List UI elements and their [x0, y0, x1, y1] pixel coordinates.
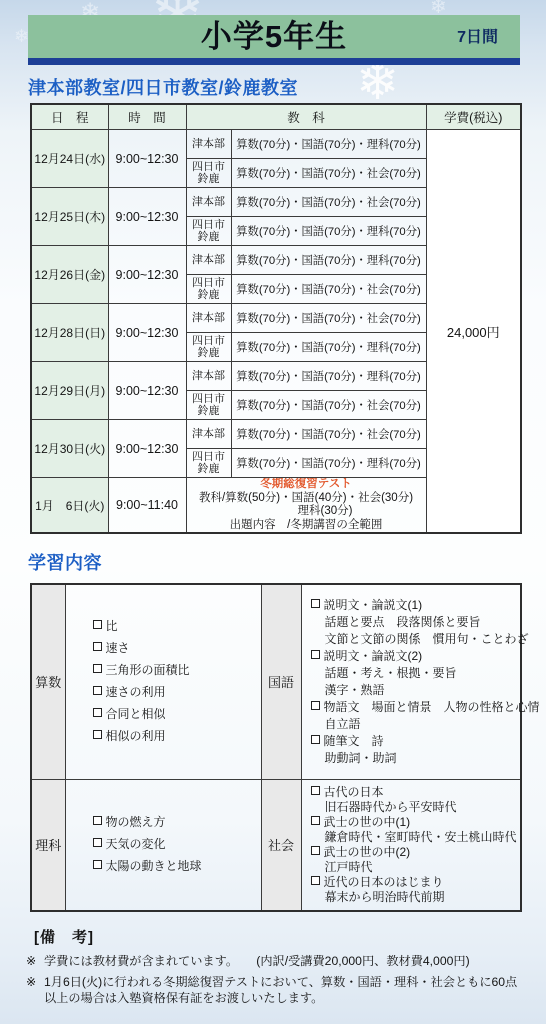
time-cell: 9:00~12:30: [108, 362, 186, 420]
test-line: 理科(30分): [189, 505, 424, 519]
checkbox-bullet-icon: [93, 664, 102, 673]
time-cell: 9:00~12:30: [108, 130, 186, 188]
learning-item: 江戸時代: [311, 860, 519, 875]
checkbox-bullet-icon: [311, 846, 320, 855]
time-cell: 9:00~12:30: [108, 420, 186, 478]
checkbox-bullet-icon: [311, 816, 320, 825]
learning-row: 理科物の燃え方天気の変化太陽の動きと地球社会古代の日本旧石器時代から平安時代武士…: [31, 779, 521, 911]
learning-item: 速さ: [93, 641, 259, 656]
notes-section: [備 考] ※学費には教材費が含まれています。 (内訳/受講費20,000円、教…: [26, 926, 524, 1007]
learning-item: 漢字・熟語: [311, 682, 519, 699]
subject-content-cell: 比速さ三角形の面積比速さの利用合同と相似相似の利用: [65, 584, 261, 779]
schedule-table: 日 程 時 間 教 科 学費(税込) 12月24日(水)9:00~12:30津本…: [30, 103, 522, 534]
learning-item: 天気の変化: [93, 837, 259, 852]
learning-item: 武士の世の中(1): [311, 815, 519, 830]
time-cell: 9:00~12:30: [108, 246, 186, 304]
learning-item: 随筆文 詩: [311, 733, 519, 750]
header-time: 時 間: [108, 104, 186, 130]
days-badge: 7日間: [457, 15, 498, 58]
learning-item: 三角形の面積比: [93, 663, 259, 678]
classroom-cell: 津本部: [186, 188, 231, 217]
fee-cell: 24,000円: [426, 130, 521, 534]
subjects-cell: 算数(70分)・国語(70分)・社会(70分): [231, 391, 426, 420]
checkbox-bullet-icon: [93, 838, 102, 847]
notes-title: [備 考]: [34, 926, 524, 947]
date-cell: 1月 6日(火): [31, 478, 108, 534]
header-date: 日 程: [31, 104, 108, 130]
subjects-cell: 算数(70分)・国語(70分)・社会(70分): [231, 304, 426, 333]
grade-header-banner: 小学5年生 7日間: [28, 15, 520, 58]
date-cell: 12月30日(火): [31, 420, 108, 478]
learning-item: 話題・考え・根拠・要旨: [311, 665, 519, 682]
header-underline-bar: [28, 58, 520, 65]
checkbox-bullet-icon: [93, 642, 102, 651]
subject-content-cell: 古代の日本旧石器時代から平安時代武士の世の中(1)鎌倉時代・室町時代・安土桃山時…: [301, 779, 521, 911]
checkbox-bullet-icon: [93, 686, 102, 695]
classroom-cell: 津本部: [186, 420, 231, 449]
classroom-cell: 四日市鈴鹿: [186, 159, 231, 188]
checkbox-bullet-icon: [311, 650, 320, 659]
test-details-cell: 冬期総復習テスト教科/算数(50分)・国語(40分)・社会(30分)理科(30分…: [186, 478, 426, 534]
classroom-cell: 四日市鈴鹿: [186, 275, 231, 304]
date-cell: 12月24日(水): [31, 130, 108, 188]
checkbox-bullet-icon: [311, 735, 320, 744]
learning-item: 物語文 場面と情景 人物の性格と心情: [311, 699, 519, 716]
learning-item: 古代の日本: [311, 785, 519, 800]
checkbox-bullet-icon: [93, 860, 102, 869]
classroom-cell: 津本部: [186, 362, 231, 391]
learning-item: 合同と相似: [93, 707, 259, 722]
learning-item: 助動詞・助詞: [311, 750, 519, 767]
learning-row: 算数比速さ三角形の面積比速さの利用合同と相似相似の利用国語説明文・論説文(1)話…: [31, 584, 521, 779]
learning-item: 幕末から明治時代前期: [311, 890, 519, 905]
subject-content-cell: 説明文・論説文(1)話題と要点 段落関係と要旨文節と文節の関係 慣用句・ことわざ…: [301, 584, 521, 779]
learning-item: 太陽の動きと地球: [93, 859, 259, 874]
classroom-cell: 四日市鈴鹿: [186, 217, 231, 246]
learning-item: 物の燃え方: [93, 815, 259, 830]
date-cell: 12月28日(日): [31, 304, 108, 362]
checkbox-bullet-icon: [311, 701, 320, 710]
subjects-cell: 算数(70分)・国語(70分)・社会(70分): [231, 159, 426, 188]
checkbox-bullet-icon: [311, 876, 320, 885]
learning-item: 自立語: [311, 716, 519, 733]
classroom-cell: 四日市鈴鹿: [186, 333, 231, 362]
learning-item: 相似の利用: [93, 729, 259, 744]
learning-item: 説明文・論説文(1): [311, 597, 519, 614]
classrooms-section-title: 津本部教室/四日市教室/鈴鹿教室: [28, 74, 298, 100]
subjects-cell: 算数(70分)・国語(70分)・理科(70分): [231, 362, 426, 391]
note-marker: ※: [26, 974, 44, 1007]
subjects-cell: 算数(70分)・国語(70分)・理科(70分): [231, 130, 426, 159]
learning-item: 比: [93, 619, 259, 634]
classroom-cell: 津本部: [186, 246, 231, 275]
notes-list: ※学費には教材費が含まれています。 (内訳/受講費20,000円、教材費4,00…: [26, 953, 524, 1007]
learning-item: 文節と文節の関係 慣用句・ことわざ: [311, 631, 519, 648]
subject-label: 理科: [31, 779, 65, 911]
note-text: 1月6日(火)に行われる冬期総復習テストにおいて、算数・国語・理科・社会ともに6…: [44, 974, 524, 1007]
learning-item: 旧石器時代から平安時代: [311, 800, 519, 815]
note-line: ※1月6日(火)に行われる冬期総復習テストにおいて、算数・国語・理科・社会ともに…: [26, 974, 524, 1007]
note-marker: ※: [26, 953, 44, 970]
header-fee: 学費(税込): [426, 104, 521, 130]
learning-section-title: 学習内容: [28, 549, 102, 575]
subjects-cell: 算数(70分)・国語(70分)・理科(70分): [231, 217, 426, 246]
time-cell: 9:00~12:30: [108, 304, 186, 362]
learning-table: 算数比速さ三角形の面積比速さの利用合同と相似相似の利用国語説明文・論説文(1)話…: [30, 583, 522, 912]
grade-title: 小学5年生: [28, 15, 520, 59]
learning-item: 近代の日本のはじまり: [311, 875, 519, 890]
note-line: ※学費には教材費が含まれています。 (内訳/受講費20,000円、教材費4,00…: [26, 953, 524, 970]
subjects-cell: 算数(70分)・国語(70分)・社会(70分): [231, 420, 426, 449]
subjects-cell: 算数(70分)・国語(70分)・理科(70分): [231, 333, 426, 362]
checkbox-bullet-icon: [311, 599, 320, 608]
checkbox-bullet-icon: [93, 620, 102, 629]
subjects-cell: 算数(70分)・国語(70分)・社会(70分): [231, 188, 426, 217]
classroom-cell: 津本部: [186, 304, 231, 333]
subject-label: 社会: [261, 779, 301, 911]
classroom-cell: 津本部: [186, 130, 231, 159]
header-subject: 教 科: [186, 104, 426, 130]
date-cell: 12月29日(月): [31, 362, 108, 420]
schedule-table-body: 12月24日(水)9:00~12:30津本部算数(70分)・国語(70分)・理科…: [31, 130, 521, 534]
classroom-cell: 四日市鈴鹿: [186, 391, 231, 420]
subjects-cell: 算数(70分)・国語(70分)・社会(70分): [231, 275, 426, 304]
classroom-cell: 四日市鈴鹿: [186, 449, 231, 478]
subject-content-cell: 物の燃え方天気の変化太陽の動きと地球: [65, 779, 261, 911]
test-title: 冬期総復習テスト: [189, 478, 424, 492]
subject-label: 国語: [261, 584, 301, 779]
test-line: 教科/算数(50分)・国語(40分)・社会(30分): [189, 492, 424, 506]
subjects-cell: 算数(70分)・国語(70分)・理科(70分): [231, 449, 426, 478]
learning-item: 武士の世の中(2): [311, 845, 519, 860]
subject-label: 算数: [31, 584, 65, 779]
checkbox-bullet-icon: [93, 730, 102, 739]
date-cell: 12月25日(木): [31, 188, 108, 246]
learning-item: 話題と要点 段落関係と要旨: [311, 614, 519, 631]
flyer-page: ❄ ❄ ❄ ❄ ❄ ❄ 小学5年生 7日間 津本部教室/四日市教室/鈴鹿教室 日…: [0, 0, 546, 1024]
subjects-cell: 算数(70分)・国語(70分)・理科(70分): [231, 246, 426, 275]
learning-table-body: 算数比速さ三角形の面積比速さの利用合同と相似相似の利用国語説明文・論説文(1)話…: [31, 584, 521, 911]
checkbox-bullet-icon: [93, 708, 102, 717]
snowflake-icon: ❄: [14, 26, 29, 47]
test-line: 出題内容 /冬期講習の全範囲: [189, 519, 424, 533]
date-cell: 12月26日(金): [31, 246, 108, 304]
learning-item: 鎌倉時代・室町時代・安土桃山時代: [311, 830, 519, 845]
note-text: 学費には教材費が含まれています。 (内訳/受講費20,000円、教材費4,000…: [44, 953, 524, 970]
learning-item: 説明文・論説文(2): [311, 648, 519, 665]
checkbox-bullet-icon: [93, 816, 102, 825]
checkbox-bullet-icon: [311, 786, 320, 795]
time-cell: 9:00~11:40: [108, 478, 186, 534]
schedule-header-row: 日 程 時 間 教 科 学費(税込): [31, 104, 521, 130]
time-cell: 9:00~12:30: [108, 188, 186, 246]
schedule-row: 12月24日(水)9:00~12:30津本部算数(70分)・国語(70分)・理科…: [31, 130, 521, 159]
learning-item: 速さの利用: [93, 685, 259, 700]
